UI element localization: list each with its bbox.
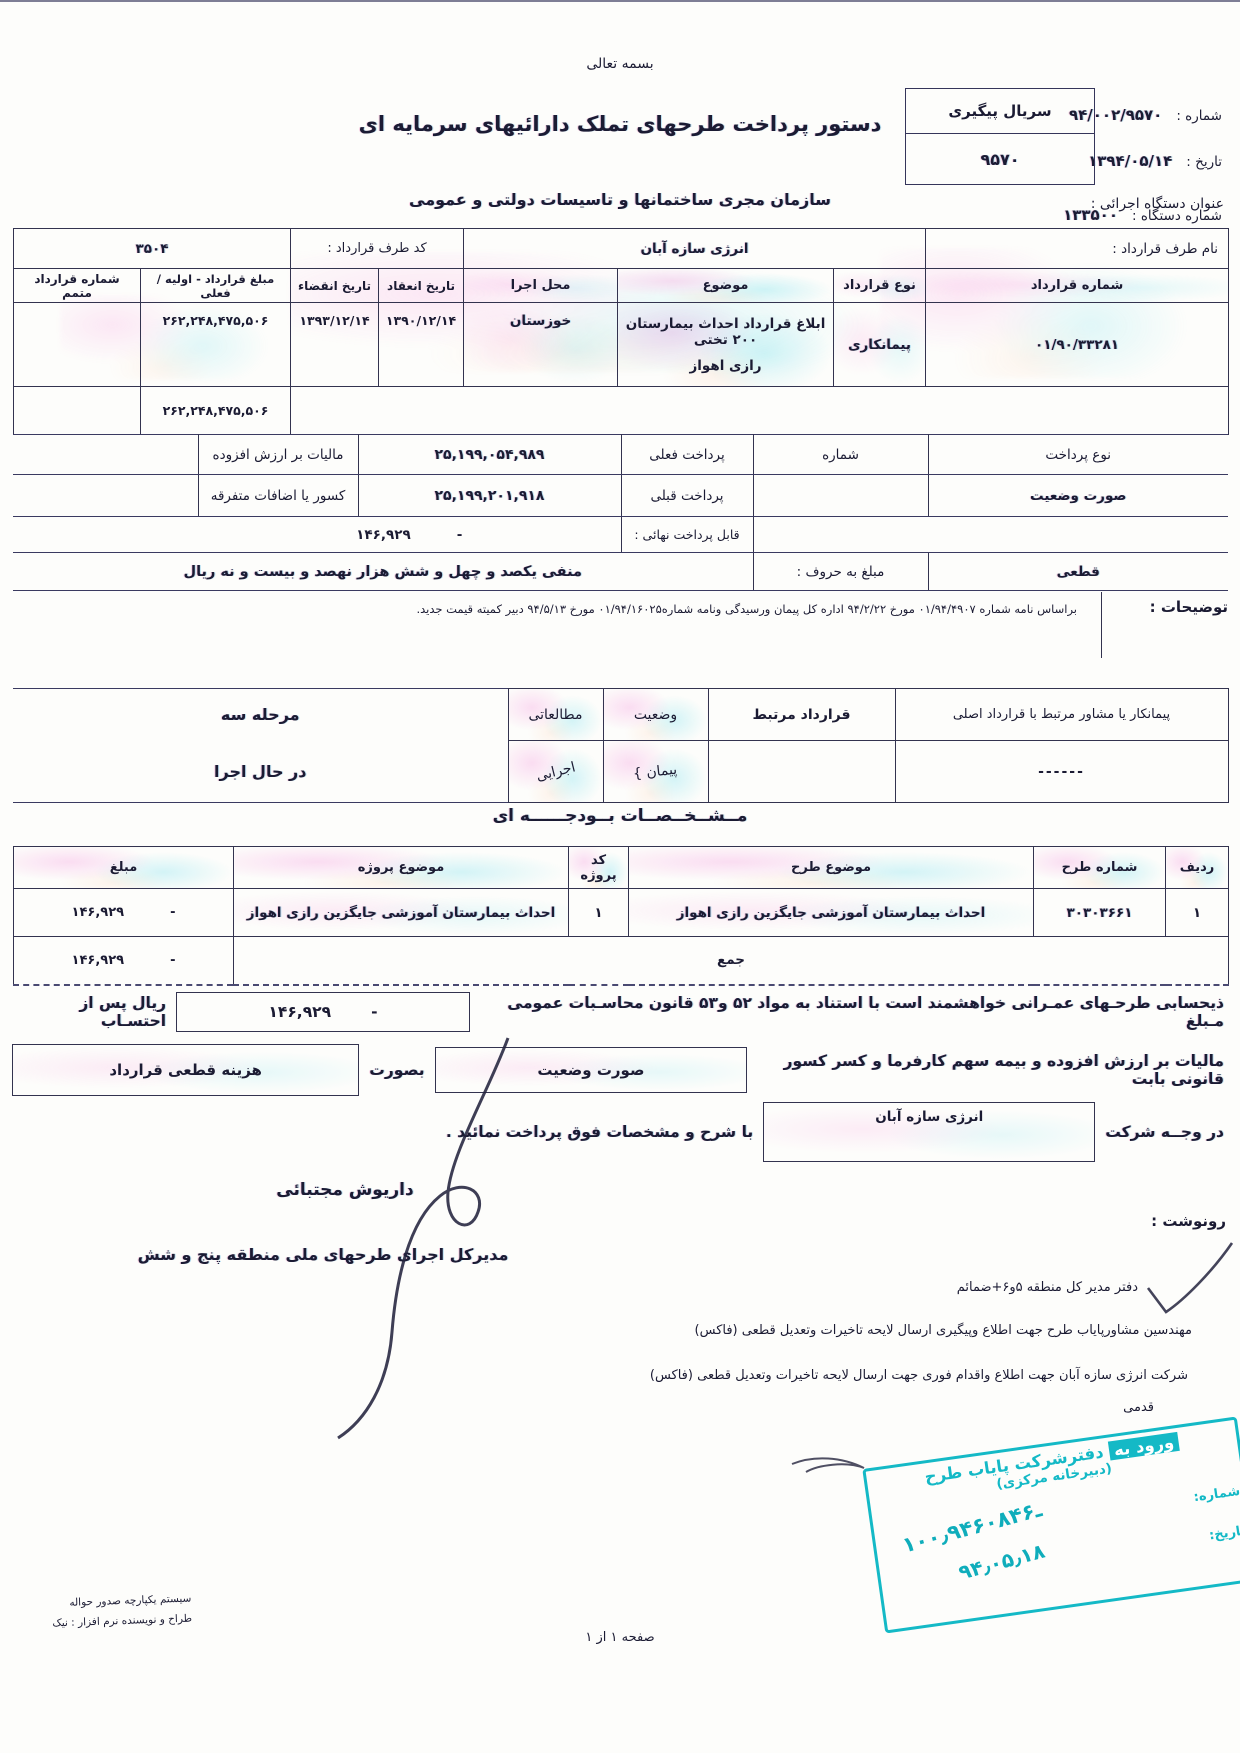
stamp-number-label: شماره: (1193, 1484, 1240, 1505)
budget-project-subject: احداث بیمارستان آموزشی جایگزین رازی اهوا… (234, 889, 569, 937)
amount-in-words-value: منفی یکصد و چهل و شش هزار نهصد و بیست و … (13, 553, 753, 591)
sign-date-value: ۱۳۹۰/۱۲/۱۴ (379, 303, 464, 387)
instruction-amount-value: ۱۴۶,۹۲۹ (268, 1003, 331, 1021)
agency-title-label: عنوان دستگاه اجرائی : (1091, 196, 1224, 212)
budget-project-code-header: کد پروژه (569, 847, 629, 889)
instruction-amount-box: ۱۴۶,۹۲۹ - (176, 992, 470, 1032)
copy-item-2: مهندسین مشاورپایاب طرح جهت اطلاع وپیگیری… (695, 1323, 1192, 1338)
contract-type-value: پیمانکاری (834, 303, 926, 387)
contract-no-header: شماره قرارداد (926, 269, 1229, 303)
instruction-2-text-b: بصورت (369, 1061, 424, 1079)
remarks-text: براساس نامه شماره ۰۱/۹۴/۴۹۰۷ مورخ ۹۴/۲/۲… (13, 592, 1101, 616)
payee-company-box: انرژی سازه آبان (763, 1102, 1095, 1162)
payment-type-header: نوع پرداخت (928, 435, 1228, 475)
serial-label: سریال پیگیری (906, 89, 1094, 133)
amount-header: مبلغ قرارداد - اولیه / فعلی (141, 269, 291, 303)
related-status-value: پیمان } (603, 741, 708, 803)
checkmark-stroke (1148, 1243, 1232, 1312)
final-payable-value-cell: ۱۴۶,۹۲۹ - (198, 517, 621, 553)
payment-number-value (753, 475, 928, 517)
final-amount: ۱۴۶,۹۲۹ (356, 527, 411, 543)
budget-total-sign: - (170, 953, 175, 968)
instruction-3-text: در وجــه شرکت (1105, 1123, 1224, 1141)
contract-amount-current: ۲۶۲,۲۴۸,۴۷۵,۵۰۶ (141, 387, 291, 435)
budget-total-row: جمع ۱۴۶,۹۲۹ - (14, 937, 1229, 985)
instruction-2-text: مالیات بر ارزش افزوده و بیمه سهم کارفرما… (757, 1052, 1224, 1088)
copy-item-1: دفتر مدیر کل منطقه ۵و۶+ضمائم (957, 1280, 1138, 1295)
related-study-value: اجرایی (508, 741, 603, 803)
bismillah-text: بسمه تعالی (0, 56, 1240, 72)
software-credit: سیستم یکپارچه صدور حواله طراح و نویسنده … (51, 1590, 192, 1635)
doc-date-value: ۱۳۹۴/۰۵/۱۴ (1088, 152, 1172, 170)
empty-cell (291, 387, 1229, 435)
previous-payment-label: پرداخت قبلی (621, 475, 753, 517)
empty-cell (13, 517, 198, 553)
copy-item-3: شرکت انرژی سازه آبان جهت اطلاع واقدام فو… (650, 1368, 1188, 1383)
instruction-line-3: در وجــه شرکت انرژی سازه آبان با شرح و م… (12, 1102, 1224, 1162)
contract-type-header: نوع قرارداد (834, 269, 926, 303)
contract-info-table: نام طرف قرارداد : انرژی سازه آبان کد طرف… (13, 228, 1229, 435)
doc-number-label: شماره : (1176, 108, 1222, 124)
pen-scribble-stroke (792, 1458, 864, 1472)
budget-table: ردیف شماره طرح موضوع طرح کد پروژه موضوع … (13, 846, 1229, 986)
related-study-header: مطالعاتی (508, 689, 603, 741)
contract-amount-initial: ۲۶۲,۲۴۸,۴۷۵,۵۰۶ (141, 303, 291, 387)
signer-title: مدیرکل اجرای طرحهای ملی منطقه پنج و شش (88, 1245, 558, 1264)
budget-amount: ۱۴۶,۹۲۹ - (20, 905, 227, 920)
related-contract-table: پیمانکار یا مشاور مرتبط با قرارداد اصلی … (13, 688, 1229, 803)
budget-amount-sign: - (170, 905, 175, 920)
scanned-payment-order-document: بسمه تعالی دستور پرداخت طرحهای تملک دارا… (0, 0, 1240, 1753)
party-code-label: کد طرف قرارداد : (291, 229, 464, 269)
related-contract-value (708, 741, 895, 803)
supplement-no-value (14, 303, 141, 387)
subject-header: موضوع (618, 269, 834, 303)
location-header: محل اجرا (464, 269, 618, 303)
empty-cell (13, 475, 198, 517)
budget-plan-no: ۳۰۳۰۳۶۶۱ (1034, 889, 1166, 937)
empty-cell (13, 435, 198, 475)
empty-cell (14, 387, 141, 435)
phase-label: مرحله سه (13, 689, 508, 741)
budget-total-value: ۱۴۶,۹۲۹ (72, 953, 125, 968)
instruction-amount: ۱۴۶,۹۲۹ - (268, 1003, 377, 1021)
final-cost-box: هزینه قطعی قرارداد (12, 1044, 359, 1096)
doc-date-label: تاریخ : (1186, 154, 1222, 170)
final-payable-label: قابل پرداخت نهائی : (621, 517, 753, 553)
status-value-text: پیمان } (633, 761, 679, 782)
copies-label: رونوشت : (1151, 1212, 1226, 1230)
remarks-label: توضیحات : (1101, 592, 1228, 658)
deductions-label: کسور یا اضافات متفرقه (198, 475, 358, 517)
final-payable-value: ۱۴۶,۹۲۹ - (204, 527, 615, 543)
budget-amount-cell: ۱۴۶,۹۲۹ - (14, 889, 234, 937)
budget-row-number: ۱ (1166, 889, 1229, 937)
serial-value: ۹۵۷۰ (906, 133, 1094, 184)
copy-item-4: قدمی (1123, 1400, 1154, 1415)
current-payment-value: ۲۵,۱۹۹,۰۵۴,۹۸۹ (358, 435, 621, 475)
contract-no-value: ۰۱/۹۰/۳۳۲۸۱ (926, 303, 1229, 387)
payment-table: نوع پرداخت شماره پرداخت فعلی ۲۵,۱۹۹,۰۵۴,… (13, 434, 1228, 591)
stamp-date-label: تاریخ: (1208, 1523, 1240, 1543)
expiry-date-value: ۱۳۹۳/۱۲/۱۴ (291, 303, 379, 387)
budget-plan-no-header: شماره طرح (1034, 847, 1166, 889)
party-name-value: انرژی سازه آبان (464, 229, 926, 269)
pen-signature-stroke (338, 1038, 508, 1438)
entry-stamp: ورود به دفترشرکت پایاب طرح (دبیرخانه مرک… (862, 1417, 1240, 1634)
scan-edge-artifact (0, 0, 1240, 2)
tracking-serial-box: سریال پیگیری ۹۵۷۰ (905, 88, 1095, 185)
location-value: خوزستان (464, 303, 618, 387)
final-amount-sign: - (457, 527, 463, 543)
supplement-no-header: شماره قرارداد متمم (14, 269, 141, 303)
payment-status-value: قطعی (928, 553, 1228, 591)
related-status-header: وضعیت (603, 689, 708, 741)
budget-total-label: جمع (234, 937, 1229, 985)
budget-section-title: مــشــخــصــات بــودجــــــه ای (0, 806, 1240, 826)
budget-data-row: ۱ ۳۰۳۰۳۶۶۱ احداث بیمارستان آموزشی جایگزی… (14, 889, 1229, 937)
payment-number-header: شماره (753, 435, 928, 475)
budget-row-header: ردیف (1166, 847, 1229, 889)
budget-project-subject-header: موضوع پروژه (234, 847, 569, 889)
status-statement-box: صورت وضعیت (435, 1047, 748, 1093)
budget-total-cell: ۱۴۶,۹۲۹ - (14, 937, 234, 985)
budget-plan-subject-header: موضوع طرح (629, 847, 1034, 889)
subject-line1: ابلاغ قرارداد احداث بیمارستان ۲۰۰ تختی (624, 316, 827, 348)
instruction-1-text-b: ریال پس از احتسـاب (12, 994, 166, 1030)
subject-value: ابلاغ قرارداد احداث بیمارستان ۲۰۰ تختی ر… (618, 303, 834, 387)
signer-name: داریوش مجتبائی (220, 1180, 470, 1200)
related-contract-header: قرارداد مرتبط (708, 689, 895, 741)
instruction-line-2: مالیات بر ارزش افزوده و بیمه سهم کارفرما… (12, 1044, 1224, 1096)
budget-plan-subject: احداث بیمارستان آموزشی جایگزین رازی اهوا… (629, 889, 1034, 937)
empty-cell (753, 517, 928, 553)
sign-date-header: تاریخ انعقاد (379, 269, 464, 303)
instruction-3-text-b: با شرح و مشخصات فوق پرداخت نمائید . (446, 1123, 753, 1141)
empty-cell (928, 517, 1228, 553)
instruction-amount-sign: - (371, 1003, 377, 1021)
payment-type-value: صورت وضعیت (928, 475, 1228, 517)
current-payment-label: پرداخت فعلی (621, 435, 753, 475)
subject-line2: رازی اهواز (624, 358, 827, 374)
instruction-1-text: ذیحسابی طرحـهای عمـرانی خواهشمند است با … (480, 994, 1224, 1030)
study-value-text: اجرایی (534, 759, 576, 784)
related-consultant-header: پیمانکار یا مشاور مرتبط با قرارداد اصلی (895, 689, 1228, 741)
budget-total-amount: ۱۴۶,۹۲۹ - (20, 953, 227, 968)
previous-payment-value: ۲۵,۱۹۹,۲۰۱,۹۱۸ (358, 475, 621, 517)
budget-project-code: ۱ (569, 889, 629, 937)
page-number: صفحه ۱ از ۱ (0, 1630, 1240, 1645)
stamp-date-handwritten: ۹۴٫۰۵٫۱۸ (956, 1539, 1047, 1585)
party-name-label: نام طرف قرارداد : (926, 229, 1229, 269)
phase-value: در حال اجرا (13, 741, 508, 803)
expiry-date-header: تاریخ انقضاء (291, 269, 379, 303)
related-consultant-value: ------ (895, 741, 1228, 803)
vat-label: مالیات بر ارزش افزوده (198, 435, 358, 475)
amount-in-words-label: مبلغ به حروف : (753, 553, 928, 591)
remarks-row: توضیحات : براساس نامه شماره ۰۱/۹۴/۴۹۰۷ م… (13, 592, 1228, 656)
instruction-line-1: ذیحسابی طرحـهای عمـرانی خواهشمند است با … (12, 992, 1224, 1032)
budget-amount-header: مبلغ (14, 847, 234, 889)
budget-amount-value: ۱۴۶,۹۲۹ (72, 905, 125, 920)
party-code-value: ۳۵۰۴ (14, 229, 291, 269)
